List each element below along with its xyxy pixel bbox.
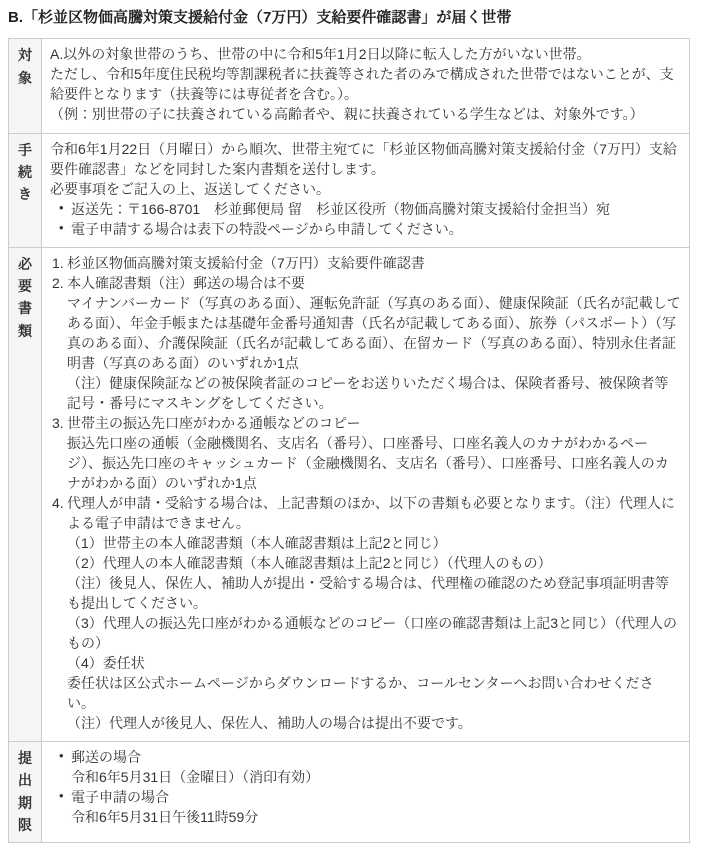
row-header-deadline: 提出期限 [9, 741, 42, 842]
document-item-detail: マイナンバーカード（写真のある面）、運転免許証（写真のある面）、健康保険証（氏名… [67, 293, 681, 373]
list-item: 2. 本人確認書類（注）郵送の場合は不要 マイナンバーカード（写真のある面）、運… [50, 273, 681, 413]
document-item-note: （注）健康保険証などの被保険者証のコピーをお送りいただく場合は、保険者番号、被保… [67, 373, 681, 413]
list-item: 4. 代理人が申請・受給する場合は、上記書類のほか、以下の書類も必要となります。… [50, 493, 681, 733]
list-item: • 電子申請の場合 令和6年5月31日午後11時59分 [59, 787, 681, 827]
deadline-method-label: 電子申請の場合 [71, 789, 169, 805]
target-paragraph: A.以外の対象世帯のうち、世帯の中に令和5年1月2日以降に転入した方がいない世帯… [50, 44, 681, 64]
target-paragraph: （例：別世帯の子に扶養されている高齢者や、親に扶養されている学生などは、対象外で… [50, 104, 681, 124]
bullet-icon: • [59, 747, 64, 766]
row-content-target: A.以外の対象世帯のうち、世帯の中に令和5年1月2日以降に転入した方がいない世帯… [42, 39, 690, 133]
page-title: B.「杉並区物価高騰対策支援給付金（7万円）支給要件確認書」が届く世帯 [8, 7, 696, 28]
procedure-bullet-text: 返送先：〒166-8701 杉並郵便局 留 杉並区役所（物価高騰対策支援給付金担… [71, 201, 610, 217]
list-item: 3. 世帯主の振込先口座がわかる通帳などのコピー 振込先口座の通帳（金融機関名、… [50, 413, 681, 493]
document-item-detail: 振込先口座の通帳（金融機関名、支店名（番号）、口座番号、口座名義人のカナがわかる… [67, 433, 681, 493]
deadline-method-label: 郵送の場合 [71, 749, 141, 765]
procedure-bullet-text: 電子申請する場合は表下の特設ページから申請してください。 [71, 221, 463, 237]
list-item: • 返送先：〒166-8701 杉並郵便局 留 杉並区役所（物価高騰対策支援給付… [59, 199, 681, 219]
document-subitem: （3）代理人の振込先口座がわかる通帳などのコピー（口座の確認書類は上記3と同じ）… [67, 613, 681, 653]
page: B.「杉並区物価高騰対策支援給付金（7万円）支給要件確認書」が届く世帯 対象 A… [0, 0, 704, 851]
document-item-text: 本人確認書類（注）郵送の場合は不要 [67, 275, 305, 291]
bullet-icon: • [59, 787, 64, 806]
row-content-deadline: • 郵送の場合 令和6年5月31日（金曜日）（消印有効） • 電子申請の場合 令… [42, 741, 690, 842]
table-row-procedure: 手続き 令和6年1月22日（月曜日）から順次、世帯主宛てに「杉並区物価高騰対策支… [9, 133, 690, 247]
item-number: 3. [52, 413, 64, 433]
list-item: • 郵送の場合 令和6年5月31日（金曜日）（消印有効） [59, 747, 681, 787]
benefit-info-table: 対象 A.以外の対象世帯のうち、世帯の中に令和5年1月2日以降に転入した方がいな… [8, 38, 690, 842]
document-item-text: 代理人が申請・受給する場合は、上記書類のほか、以下の書類も必要となります。（注）… [67, 495, 675, 531]
deadline-date: 令和6年5月31日（金曜日）（消印有効） [71, 767, 681, 787]
item-number: 1. [52, 253, 64, 273]
procedure-paragraph: 令和6年1月22日（月曜日）から順次、世帯主宛てに「杉並区物価高騰対策支援給付金… [50, 139, 681, 179]
row-content-documents: 1. 杉並区物価高騰対策支援給付金（7万円）支給要件確認書 2. 本人確認書類（… [42, 247, 690, 741]
target-paragraph: ただし、令和5年度住民税均等割課税者に扶養等された者のみで構成された世帯ではない… [50, 64, 681, 104]
document-item-detail: 委任状は区公式ホームページからダウンロードするか、コールセンターへお問い合わせく… [67, 673, 681, 713]
table-row-deadline: 提出期限 • 郵送の場合 令和6年5月31日（金曜日）（消印有効） • 電子申請… [9, 741, 690, 842]
row-header-target: 対象 [9, 39, 42, 133]
row-content-procedure: 令和6年1月22日（月曜日）から順次、世帯主宛てに「杉並区物価高騰対策支援給付金… [42, 133, 690, 247]
procedure-bullet-list: • 返送先：〒166-8701 杉並郵便局 留 杉並区役所（物価高騰対策支援給付… [50, 199, 681, 239]
row-header-documents: 必要書類 [9, 247, 42, 741]
document-item-note: （注）代理人が後見人、保佐人、補助人の場合は提出不要です。 [67, 713, 681, 733]
list-item: 1. 杉並区物価高騰対策支援給付金（7万円）支給要件確認書 [50, 253, 681, 273]
document-subitem: （1）世帯主の本人確認書類（本人確認書類は上記2と同じ） [67, 533, 681, 553]
document-subitem: （2）代理人の本人確認書類（本人確認書類は上記2と同じ）（代理人のもの） [67, 553, 681, 573]
document-item-text: 世帯主の振込先口座がわかる通帳などのコピー [67, 415, 360, 431]
bullet-icon: • [59, 219, 64, 238]
item-number: 2. [52, 273, 64, 293]
list-item: • 電子申請する場合は表下の特設ページから申請してください。 [59, 219, 681, 239]
bullet-icon: • [59, 199, 64, 218]
deadline-bullet-list: • 郵送の場合 令和6年5月31日（金曜日）（消印有効） • 電子申請の場合 令… [50, 747, 681, 827]
documents-numbered-list: 1. 杉並区物価高騰対策支援給付金（7万円）支給要件確認書 2. 本人確認書類（… [50, 253, 681, 733]
procedure-paragraph: 必要事項をご記入の上、返送してください。 [50, 179, 681, 199]
table-row-target: 対象 A.以外の対象世帯のうち、世帯の中に令和5年1月2日以降に転入した方がいな… [9, 39, 690, 133]
document-item-note: （注）後見人、保佐人、補助人が提出・受給する場合は、代理権の確認のため登記事項証… [67, 573, 681, 613]
row-header-procedure: 手続き [9, 133, 42, 247]
table-row-documents: 必要書類 1. 杉並区物価高騰対策支援給付金（7万円）支給要件確認書 2. 本人… [9, 247, 690, 741]
item-number: 4. [52, 493, 64, 513]
document-item-text: 杉並区物価高騰対策支援給付金（7万円）支給要件確認書 [67, 255, 425, 271]
document-subitem: （4）委任状 [67, 653, 681, 673]
deadline-date: 令和6年5月31日午後11時59分 [71, 807, 681, 827]
